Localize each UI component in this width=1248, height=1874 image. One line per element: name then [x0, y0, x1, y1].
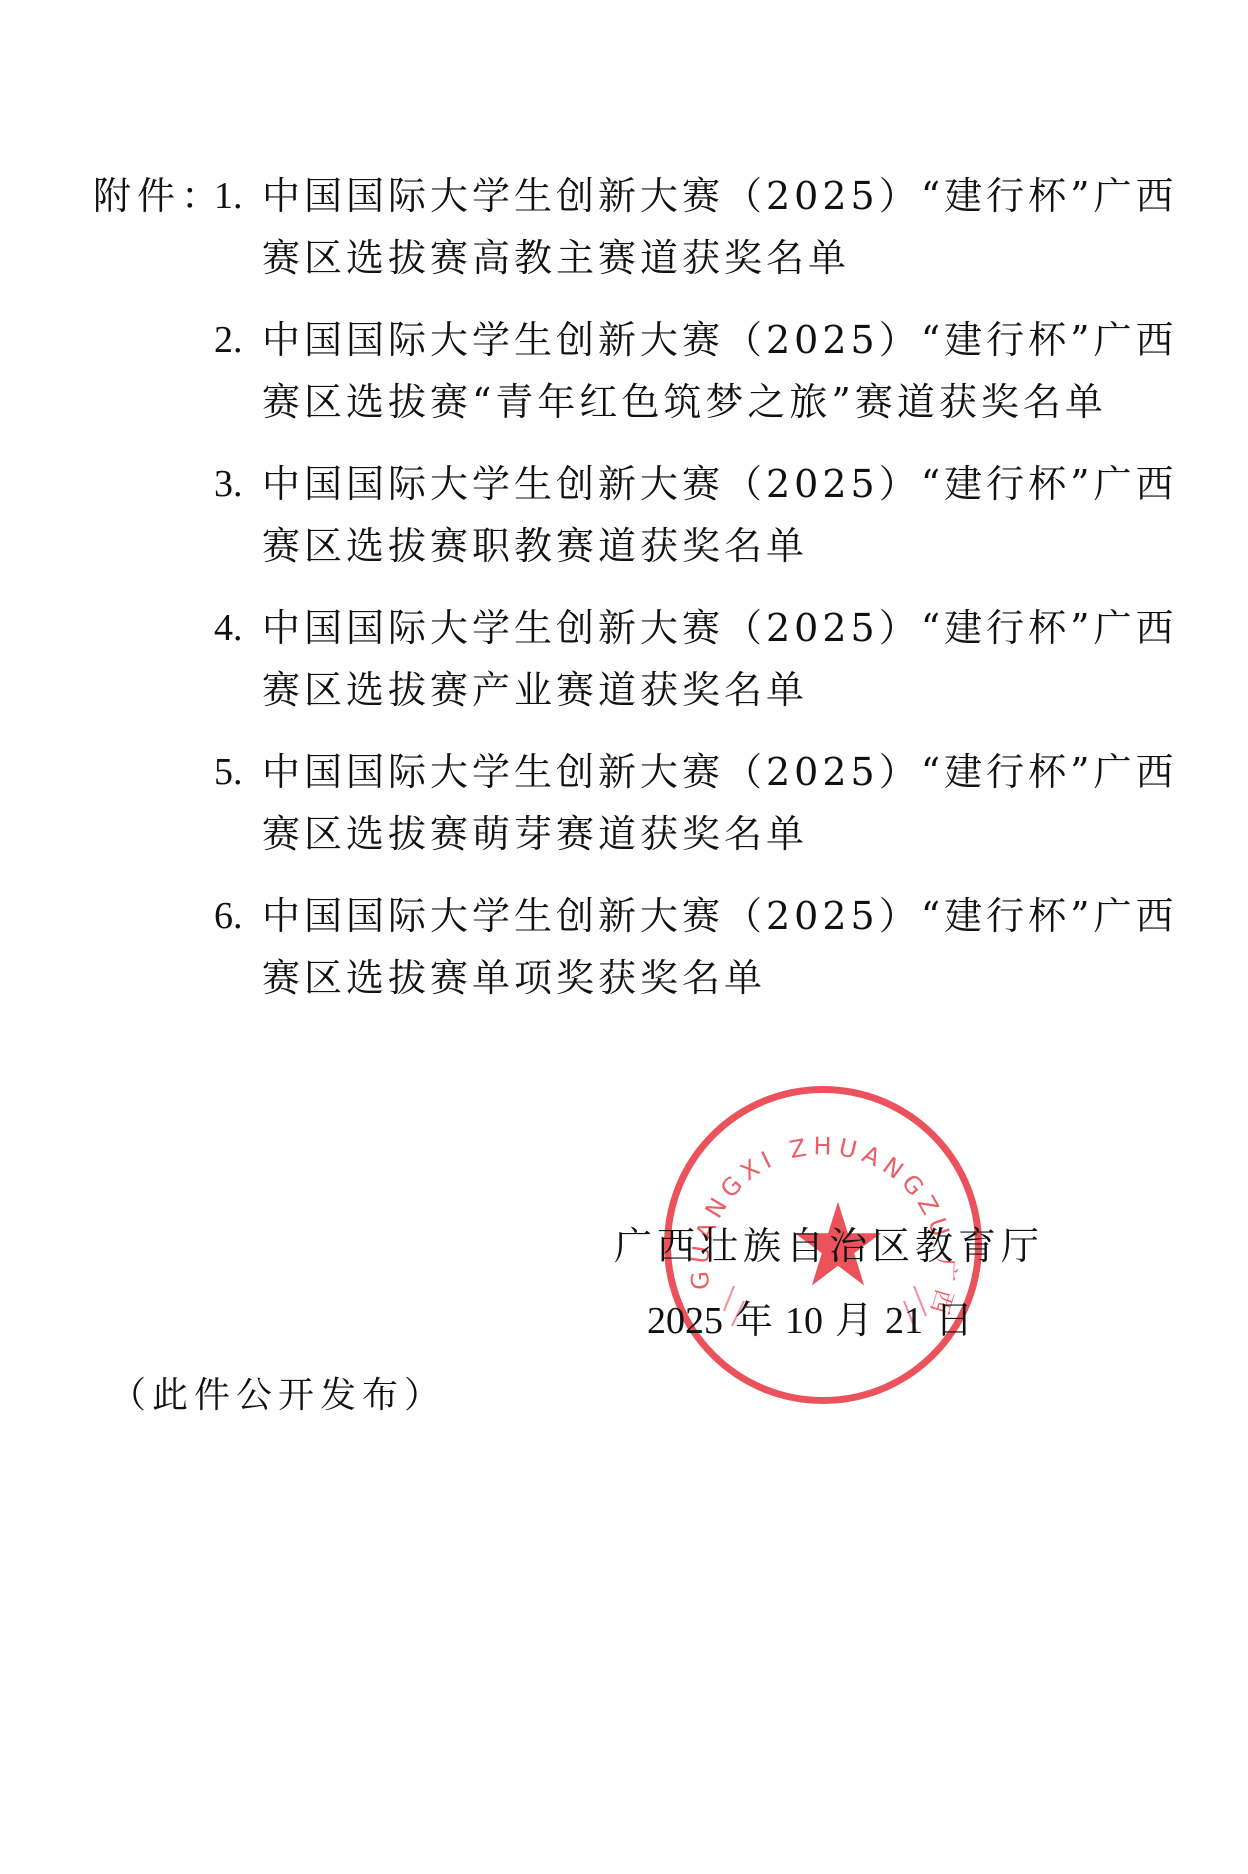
attachment-number-1: 1. — [214, 172, 243, 220]
attachment-1-line1: 中国国际大学生创新大赛（2025）“建行杯”广西 — [262, 172, 1178, 220]
date-year-unit: 年 — [735, 1298, 773, 1342]
date-day: 21 — [885, 1300, 923, 1342]
attachment-number-6: 6. — [214, 892, 243, 940]
attachments-prefix: 附件： — [93, 172, 225, 220]
attachment-number-5: 5. — [214, 748, 243, 796]
date-month: 10 — [785, 1300, 823, 1342]
attachment-2-line2: 赛区选拔赛“青年红色筑梦之旅”赛道获奖名单 — [262, 378, 1107, 426]
document-page: 附件： 1. 中国国际大学生创新大赛（2025）“建行杯”广西 赛区选拔赛高教主… — [0, 0, 1248, 1874]
attachment-number-3: 3. — [214, 460, 243, 508]
attachment-3-line2: 赛区选拔赛职教赛道获奖名单 — [262, 522, 808, 570]
attachment-number-4: 4. — [214, 604, 243, 652]
issue-date: 2025年10月21日 — [647, 1296, 985, 1345]
date-month-unit: 月 — [835, 1298, 873, 1342]
attachment-number-2: 2. — [214, 316, 243, 364]
date-year: 2025 — [647, 1300, 723, 1342]
attachment-1-line2: 赛区选拔赛高教主赛道获奖名单 — [262, 234, 850, 282]
attachment-5-line1: 中国国际大学生创新大赛（2025）“建行杯”广西 — [262, 748, 1178, 796]
publication-note: （此件公开发布） — [110, 1372, 446, 1420]
attachment-4-line2: 赛区选拔赛产业赛道获奖名单 — [262, 666, 808, 714]
issuer-name: 广西壮族自治区教育厅 — [614, 1222, 1044, 1270]
attachment-6-line2: 赛区选拔赛单项奖获奖名单 — [262, 954, 766, 1002]
attachment-6-line1: 中国国际大学生创新大赛（2025）“建行杯”广西 — [262, 892, 1178, 940]
date-day-unit: 日 — [935, 1298, 973, 1342]
attachment-2-line1: 中国国际大学生创新大赛（2025）“建行杯”广西 — [262, 316, 1178, 364]
attachment-3-line1: 中国国际大学生创新大赛（2025）“建行杯”广西 — [262, 460, 1178, 508]
attachment-5-line2: 赛区选拔赛萌芽赛道获奖名单 — [262, 810, 808, 858]
attachment-4-line1: 中国国际大学生创新大赛（2025）“建行杯”广西 — [262, 604, 1178, 652]
